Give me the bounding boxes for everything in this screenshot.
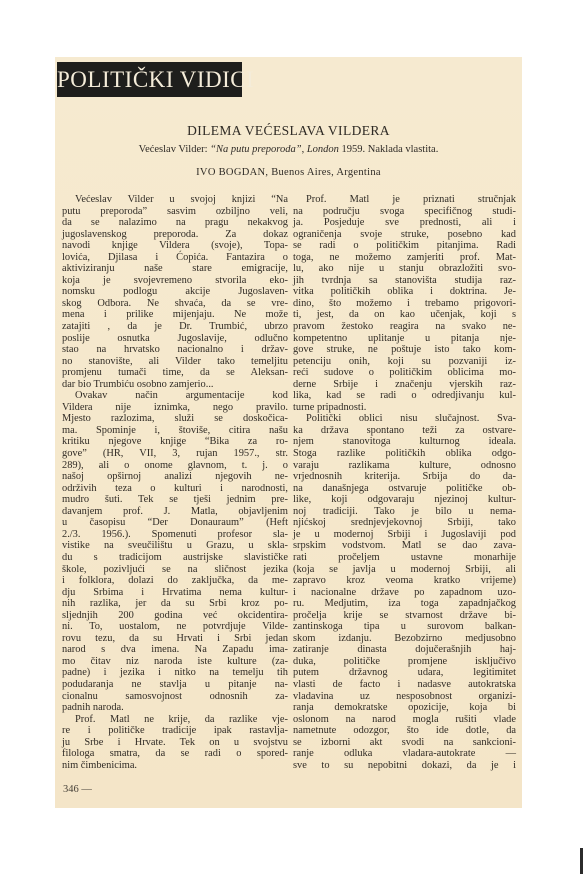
text-line: skom izdanju. Bezobzirno medjusobno <box>293 633 516 645</box>
text-line: ka država spontano teži za ostvare- <box>293 425 516 437</box>
text-line: reći sudove o političkim oblicima mo- <box>293 367 516 379</box>
text-line: padnih naroda. <box>62 702 288 714</box>
text-line: ma. Spominje i, štoviše, citira našu <box>62 425 288 437</box>
right-text-column: Prof. Matl je priznati stručnjakna podru… <box>293 194 516 771</box>
text-line: zatiranje dinasta dojučerašnjih haj- <box>293 644 516 656</box>
text-line: je u modernoj Srbiji i Jugoslaviji pod <box>293 529 516 541</box>
text-line: like, koji odgovaraju njezinoj kultur- <box>293 494 516 506</box>
text-line: derne Srbije i značenju vjerskih raz- <box>293 379 516 391</box>
text-line: no stanovište, ali Vilder tako temeljitu <box>62 356 288 368</box>
text-line: škole, pozivljući se na sličnost jezika <box>62 564 288 576</box>
text-line: se izborni akt svodi na sankcioni- <box>293 737 516 749</box>
text-line: davanjem prof. J. Matla, objavljenim <box>62 506 288 518</box>
text-line: putu preporoda” sasvim ozbiljno veli, <box>62 206 288 218</box>
text-line: srpskim vodstvom. Matl se dao zava- <box>293 540 516 552</box>
page-number: 346 — <box>63 784 92 795</box>
text-line: dju Srbima i Hrvatima nema kultur- <box>62 587 288 599</box>
text-line: na današnjega ostvaruje političke ob- <box>293 483 516 495</box>
text-line: Prof. Matl ne krije, da razlike vje- <box>62 714 288 726</box>
text-line: sve to su nepobitni dokazi, da je i <box>293 760 516 772</box>
text-line: varaju razlikama kulture, odnosno <box>293 460 516 472</box>
text-line: ju Srbe i Hrvate. Tek on u svojstvu <box>62 737 288 749</box>
text-line: ranje odluka vladara-autokrate — <box>293 748 516 760</box>
text-line: na području svoga specifičnog studi- <box>293 206 516 218</box>
text-line: navodi knjige Vildera (svoje), Topa- <box>62 240 288 252</box>
text-line: du s tradicijom austrijske slavističke <box>62 552 288 564</box>
text-line: vistike na sveučilištu u Grazu, u skla- <box>62 540 288 552</box>
article-subtitle: Većeslav Vilder: “Na putu preporoda”, Lo… <box>55 144 522 155</box>
text-line: vlasti de facto i nadasve autokratska <box>293 679 516 691</box>
text-line: oslonom na narod mogla rušiti vlade <box>293 714 516 726</box>
text-line: narod s dva imena. Na Zapadu ima- <box>62 644 288 656</box>
text-line: dar bio Trumbiću osobno zamjerio... <box>62 379 288 391</box>
text-line: zatajiti , da je Dr. Trumbić, ubrzo <box>62 321 288 333</box>
text-line: rati pročeljem ustavne monarhije <box>293 552 516 564</box>
book-title: “Na putu preporoda” <box>210 144 301 155</box>
article-byline: IVO BOGDAN, Buenos Aires, Argentina <box>55 167 522 178</box>
text-line: nih razlika, jer da su Srbi kroz po- <box>62 598 288 610</box>
text-line: cionalnu samosvojnost odnosnih za- <box>62 691 288 703</box>
text-line: 2./3. 1956.). Spomenuti profesor sla- <box>62 529 288 541</box>
text-line: duka, političke promjene isključivo <box>293 656 516 668</box>
text-line: ja. Posjeduje sve prednosti, ali i <box>293 217 516 229</box>
text-line: vrjednosnih kriterija. Srbija do da- <box>293 471 516 483</box>
text-line: Većeslav Vilder u svojoj knjizi “Na <box>62 194 288 206</box>
text-line: kompetentno uplitanje u pitanja nje- <box>293 333 516 345</box>
text-line: kritiku njegove knjige “Bika za ro- <box>62 436 288 448</box>
text-line: petenciju onih, koji su pozvaniji iz- <box>293 356 516 368</box>
text-line: noj tradiciji. Tako je bilo u nema- <box>293 506 516 518</box>
scan-edge-mark <box>580 848 583 874</box>
text-line: stao na hrvatsko nacionalno i držav- <box>62 344 288 356</box>
text-line: nametnute odozgor, što ide dotle, da <box>293 725 516 737</box>
text-line: toga, ne možemo zamjeriti prof. Mat- <box>293 252 516 264</box>
text-line: pročelja krije se stvarnost države bi- <box>293 610 516 622</box>
publication-details: 1959. Naklada vlastita. <box>339 144 438 155</box>
text-line: skog Odbora. Ne shvaća, da se vre- <box>62 298 288 310</box>
text-line: 289), ali o onome glavnom, t. j. o <box>62 460 288 472</box>
text-line: Prof. Matl je priznati stručnjak <box>293 194 516 206</box>
text-line: sljednjih 200 godina već okcidentira- <box>62 610 288 622</box>
magazine-page: POLITIČKI VIDICI DILEMA VEĆESLAVA VILDER… <box>55 57 522 808</box>
text-line: koja je svojevremeno stvorila eko- <box>62 275 288 287</box>
text-line: ni. To, uostalom, ne potvrdjuje Vilde- <box>62 621 288 633</box>
text-line: da se nalazimo na pragu nekakvog <box>62 217 288 229</box>
text-line: se radi o političkim pitanjima. Radi <box>293 240 516 252</box>
text-line: Politički oblici nisu slučajnost. Sva- <box>293 413 516 425</box>
left-text-column: Većeslav Vilder u svojoj knjizi “Naputu … <box>62 194 288 771</box>
text-line: Vildera nije iznimka, nego pravilo. <box>62 402 288 414</box>
text-line: njićskoj srednjevjekovnoj Srbiji, tako <box>293 517 516 529</box>
text-line: Ovakav način argumentacije kod <box>62 390 288 402</box>
text-line: ti, jest, da on kao učenjak, koji s <box>293 309 516 321</box>
text-line: lika, kad se radi o odredjivanju kul- <box>293 390 516 402</box>
text-line: i nacionalne države po zapadnom uzo- <box>293 587 516 599</box>
text-line: gove struke, ne poštuje isto tako kom- <box>293 344 516 356</box>
publication-place: London <box>307 144 339 155</box>
text-line: jugoslavenskog preporoda. Za dokaz <box>62 229 288 241</box>
text-line: filologa smatra, da se radi o spored- <box>62 748 288 760</box>
text-line: lovića, Djilasa i Ćopića. Fantazira o <box>62 252 288 264</box>
text-line: našoj opširnoj analizi njegovih ne- <box>62 471 288 483</box>
text-line: promjenu tumači time, da se Aleksan- <box>62 367 288 379</box>
text-line: putem državnog udara, legitimitet <box>293 667 516 679</box>
text-line: ograničenja svoje struke, posebno kad <box>293 229 516 241</box>
text-line: gove” (HR, VII, 3, rujan 1957., str. <box>62 448 288 460</box>
text-line: padne) i jezika i nitko na temelju tih <box>62 667 288 679</box>
text-line: zapravo kroz veoma kratko vrijeme) <box>293 575 516 587</box>
text-line: održivih teza o kulturi i narodnosti, <box>62 483 288 495</box>
text-line: vladavina uz nesposobnost organizi- <box>293 691 516 703</box>
text-line: i folklora, dolazi do zaključka, da me- <box>62 575 288 587</box>
text-line: njem stanovitoga kulturnog ideala. <box>293 436 516 448</box>
text-line: nomsku podlogu akcije Jugoslaven- <box>62 286 288 298</box>
text-line: podudaranja ne stavlja u pitanje na- <box>62 679 288 691</box>
book-author: Većeslav Vilder: <box>139 144 211 155</box>
text-line: zantinskoga tipa u surovom balkan- <box>293 621 516 633</box>
text-line: nim čimbenicima. <box>62 760 288 772</box>
text-line: lu, ako nije u stanju obrazložiti svo- <box>293 263 516 275</box>
text-line: turne pripadnosti. <box>293 402 516 414</box>
text-line: poslije osnutka Jugoslavije, odlučno <box>62 333 288 345</box>
text-line: ru. Medjutim, iza toga zapadnjačkog <box>293 598 516 610</box>
text-line: aktiviziranju naše stare emigracije, <box>62 263 288 275</box>
text-line: (koja se javlja u modernoj Srbiji, ali <box>293 564 516 576</box>
text-line: dino, što možemo i trebamo prigovori- <box>293 298 516 310</box>
text-line: mena i prilike mijenjaju. Ne može <box>62 309 288 321</box>
text-line: re i političke tradicije ipak rastavlja- <box>62 725 288 737</box>
text-line: mo čitav niz naroda iste kulture (za- <box>62 656 288 668</box>
text-line: vitka političkih oblika i doktrina. Je- <box>293 286 516 298</box>
article-title: DILEMA VEĆESLAVA VILDERA <box>55 123 522 139</box>
section-banner: POLITIČKI VIDICI <box>57 62 242 97</box>
text-line: Stoga razlike političkih oblika odgo- <box>293 448 516 460</box>
text-line: jih tvrdnja sa stanovišta studija raz- <box>293 275 516 287</box>
text-line: u časopisu “Der Donauraum” (Heft <box>62 517 288 529</box>
text-line: pravom žestoko reagira na svako ne- <box>293 321 516 333</box>
text-line: rovu tezu, da su Hrvati i Srbi jedan <box>62 633 288 645</box>
text-line: ranja demokratske opozicije, koja bi <box>293 702 516 714</box>
text-line: mudro šuti. Tek se tješi jednim pre- <box>62 494 288 506</box>
text-line: Mjesto razlozima, služi se doskočica- <box>62 413 288 425</box>
